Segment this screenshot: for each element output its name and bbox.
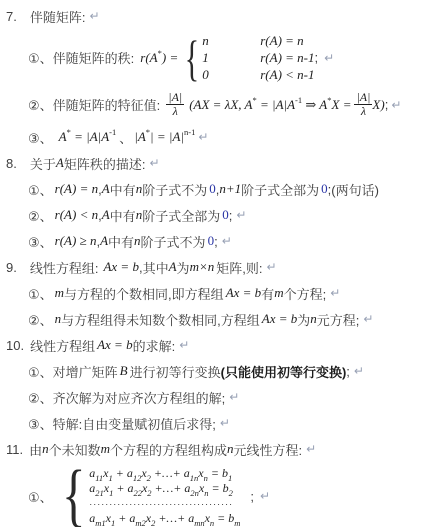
text-run: 则: [246,258,263,277]
sec10-item3: ③、特解:自由变量赋初值后求得;↵ [6,413,433,433]
text-run: ②、 [28,310,53,329]
math-run: r(A) = n [260,33,303,49]
subscript-run: 1 [109,488,113,498]
system-row: a11x1 + a12x2 +…+ a1nxn = b1 [89,466,240,481]
text-run: 与方程的个数相同, [64,284,172,303]
math-run: ) = [162,50,178,66]
math-run: 0 [202,67,209,83]
subscript-run: 2 [229,488,233,498]
equation-system: {a11x1 + a12x2 +…+ a1nxn = b1a21x1 + a22… [57,465,241,527]
text-run: 10. [6,338,24,353]
subscript-run: 2 [147,473,151,483]
math-run: = [214,511,228,526]
math-run: A [169,259,177,275]
math-run: + [115,511,129,526]
sec7-item1-rank-cases: ①、伴随矩阵的秩:r(A*) ={nr(A) = n1r(A) = n-1;↵0… [6,32,433,83]
cases-condition: r(A) = n [260,33,303,49]
subscript-run: n [210,518,214,527]
math-run: A [56,155,64,171]
text-run: 为 [177,258,190,277]
math-run: n [202,33,209,49]
pilcrow-icon: ↵ [89,9,99,23]
math-run: A [100,233,108,249]
math-run: m×n [190,259,215,275]
text-run: ; [315,50,319,65]
cases-value: 0 [202,67,260,83]
subscript-run: 1 [228,473,232,483]
subscript-run: n [204,473,208,483]
math-run: +…+ [151,466,184,481]
text-run: ; [250,489,254,504]
superscript-run: -1 [109,127,116,137]
math-run: A [102,207,110,223]
cases-row: 0r(A) < n-1 [202,66,334,83]
text-run: ①、 [28,487,53,506]
text-run: ③、特解:自由变量赋初值后求得; [28,414,216,433]
text-run: (两句话) [331,180,379,199]
math-run: r(A) = n [55,181,98,197]
pilcrow-icon: ↵ [198,130,208,144]
text-run: 的求解: [133,336,176,355]
text-run: 即方程组 [172,284,224,303]
sec10-item1: ①、对增广矩阵B进行初等行变换(只能使用初等行变换);↵ [6,361,433,381]
subscript-run: 2 [147,488,151,498]
sec11-item1-system: ①、{a11x1 + a12x2 +…+ a1nxn = b1a21x1 + a… [6,465,433,527]
subscript-run: 1n [190,473,199,483]
cases-block: {nr(A) = n1r(A) = n-1;↵0r(A) < n-1 [180,32,334,83]
pilcrow-icon: ↵ [363,312,373,326]
subscript-run: 2 [151,518,155,527]
superscript-run: * [67,127,71,137]
sec7-item2-eigenvalue: ②、伴随矩阵的特征值:|A|λ(AX = λX, A* = |A|A-1 ⇒ A… [6,91,433,118]
math-run: = [208,466,222,481]
math-run: A [59,129,67,145]
text-run: 元线性方程: [234,440,303,459]
document-page: 7.伴随矩阵:↵①、伴随矩阵的秩:r(A*) ={nr(A) = n1r(A) … [0,0,433,527]
subscript-run: m [234,518,240,527]
dots-run: ···································· [89,499,233,509]
pilcrow-icon: ↵ [229,390,239,404]
math-run: r(A) = n-1 [260,50,314,66]
fraction: |A|λ [166,91,184,118]
text-run: ; [346,364,350,379]
math-run: Ax = b [226,285,261,301]
subscript-run: 1 [108,473,112,483]
subscript-run: m1 [95,518,105,527]
text-run: 阶子式全部为 [241,180,319,199]
math-run: +…+ [152,481,185,496]
text-run: ③、 [28,128,53,147]
math-run: m [55,285,64,301]
math-run: +…+ [155,511,188,526]
sec10-item2: ②、齐次解为对应齐次方程组的解;↵ [6,387,433,407]
superscript-run: * [327,95,331,105]
text-run: 为 [297,310,310,329]
text-run: ; [229,208,233,223]
sec8-item1: ①、r(A) = n,A中有n阶子式不为0,n+1阶子式全部为0;(两句话) [6,179,433,199]
subscript-run: n [204,488,208,498]
superscript-run: n-1 [184,127,195,137]
text-run: ①、对增广矩阵 [28,362,118,381]
math-run: | = |A| [150,129,184,145]
text-run: 个方程的方程组构成 [110,440,227,459]
sec7-heading: 7.伴随矩阵:↵ [6,6,433,26]
subscript-run: 12 [133,473,142,483]
math-run: Ax = b [97,337,132,353]
pilcrow-icon: ↵ [260,489,270,503]
superscript-run: -1 [295,95,302,105]
text-run: ①、伴随矩阵的秩: [28,48,134,67]
text-run: ①、 [28,284,53,303]
text-run: ②、伴随矩阵的特征值: [28,95,160,114]
pilcrow-icon: ↵ [266,260,276,274]
text-run: 关于 [30,154,56,173]
math-run: B [120,363,128,379]
sec8-item2: ②、r(A) < n,A中有n阶子式全部为0;↵ [6,205,433,225]
math-run: (AX = λX, A [189,97,252,113]
text-run: 阶子式不为 [141,232,206,251]
text-run: 元方程; [317,310,360,329]
text-run: 中有 [110,180,136,199]
cases-rows: nr(A) = n1r(A) = n-1;↵0r(A) < n-1 [202,32,334,83]
pilcrow-icon: ↵ [236,208,246,222]
text-run: ; [214,234,218,249]
text-run: 9. [6,260,17,275]
math-run: r(A) ≥ n [55,233,97,249]
math-run: = [208,481,222,496]
system-rows: a11x1 + a12x2 +…+ a1nxn = b1a21x1 + a22x… [89,466,240,526]
math-run: |A [134,129,146,145]
text-run: 中有 [108,232,134,251]
math-run: = |A|A [257,97,295,113]
math-run: m [274,285,283,301]
math-run: n+1 [219,181,241,197]
text-run: 阶子式不为 [142,180,207,199]
pilcrow-icon: ↵ [391,98,401,112]
cases-value: 1 [202,50,260,66]
sec8-item3: ③、r(A) ≥ n,A中有n阶子式不为0;↵ [6,231,433,251]
superscript-run: * [158,48,162,58]
superscript-run: * [146,127,150,137]
pilcrow-icon: ↵ [306,442,316,456]
text-run: ; [385,97,389,112]
text-run: 方程组 [221,310,260,329]
text-run: 由 [29,440,42,459]
text-run: 8. [6,156,17,171]
text-run: ①、 [28,180,53,199]
text-run: 、 [119,128,132,147]
subscript-run: 11 [95,473,103,483]
text-run: 个方程; [284,284,327,303]
sec8-heading: 8.关于A矩阵秩的描述:↵ [6,153,433,173]
math-run: X) [372,97,384,113]
math-run: + [113,466,127,481]
math-run: A [102,181,110,197]
math-run: m [101,441,110,457]
sec9-item2: ②、n与方程组得未知数个数相同,方程组Ax = b为n元方程;↵ [6,309,433,329]
fraction-denominator: λ [171,105,180,118]
fraction-numerator: |A| [166,91,184,105]
math-run: r(A [140,50,157,66]
subscript-run: 2n [190,488,199,498]
superscript-run: * [252,95,256,105]
fraction: |A|λ [354,91,372,118]
text-run: ③、 [28,232,53,251]
text-run: 与方程组得未知数个数相同, [61,310,221,329]
cases-row: 1r(A) = n-1;↵ [202,49,334,66]
sec11-heading: 11.由n个未知数m个方程的方程组构成n元线性方程:↵ [6,439,433,459]
text-run: 阶子式全部为 [142,206,220,225]
subscript-run: 22 [133,488,142,498]
text-run: ②、齐次解为对应齐次方程组的解; [28,388,225,407]
pilcrow-icon: ↵ [179,338,189,352]
sec7-item3-identities: ③、A* = |A|A-1、|A*| = |A|n-1↵ [6,127,433,147]
math-run: X = [332,97,352,113]
left-brace-glyph: { [185,33,199,83]
sec10-heading: 10.线性方程组Ax = b的求解:↵ [6,335,433,355]
pilcrow-icon: ↵ [220,416,230,430]
fraction-numerator: |A| [354,91,372,105]
cases-condition: r(A) = n-1;↵ [260,50,334,66]
math-run: Ax = b [103,259,138,275]
subscript-run: 21 [95,488,104,498]
text-run: 7. [6,9,17,24]
system-row: ···································· [89,496,240,511]
text-run: 11. [6,442,23,457]
cases-condition: r(A) < n-1 [260,67,314,83]
text-run: 个未知数 [49,440,101,459]
pilcrow-icon: ↵ [354,364,364,378]
text-run: 矩阵, [216,258,246,277]
text-run: ②、 [28,206,53,225]
text-run: 矩阵秩的描述: [64,154,146,173]
math-run: Ax = b [262,311,297,327]
text-run: 进行初等行变换 [130,362,221,381]
pilcrow-icon: ↵ [324,51,334,65]
math-run: 1 [202,50,209,66]
fraction-denominator: λ [359,105,368,118]
math-run: r(A) < n-1 [260,67,314,83]
subscript-run: 1 [111,518,115,527]
text-run: 伴随矩阵: [30,7,86,26]
text-run: 其中 [143,258,169,277]
text-run: 线性方程组: [30,258,99,277]
sec9-item1: ①、m与方程的个数相同,即方程组Ax = b有m个方程;↵ [6,283,433,303]
sec9-heading: 9.线性方程组:Ax = b,其中A为m×n矩阵,则:↵ [6,257,433,277]
system-row: a21x1 + a22x2 +…+ a2nxn = b2 [89,481,240,496]
pilcrow-icon: ↵ [149,156,159,170]
cases-value: n [202,33,260,49]
text-run: 线性方程组 [30,336,95,355]
left-brace-glyph: { [62,465,86,527]
math-run: r(A) < n [55,207,98,223]
math-run: = |A|A [71,129,109,145]
math-run: + [113,481,127,496]
pilcrow-icon: ↵ [330,286,340,300]
pilcrow-icon: ↵ [222,234,232,248]
text-run: 中有 [110,206,136,225]
cases-row: nr(A) = n [202,32,334,49]
math-run: ⇒ A [302,97,327,113]
system-row: am1x1 + am2x2 +…+ amnxn = bm [89,511,240,526]
subscript-run: m2 [135,518,145,527]
text-run: 有 [261,284,274,303]
subscript-run: mn [194,518,204,527]
bold-text-run: (只能使用初等行变换) [221,362,347,381]
